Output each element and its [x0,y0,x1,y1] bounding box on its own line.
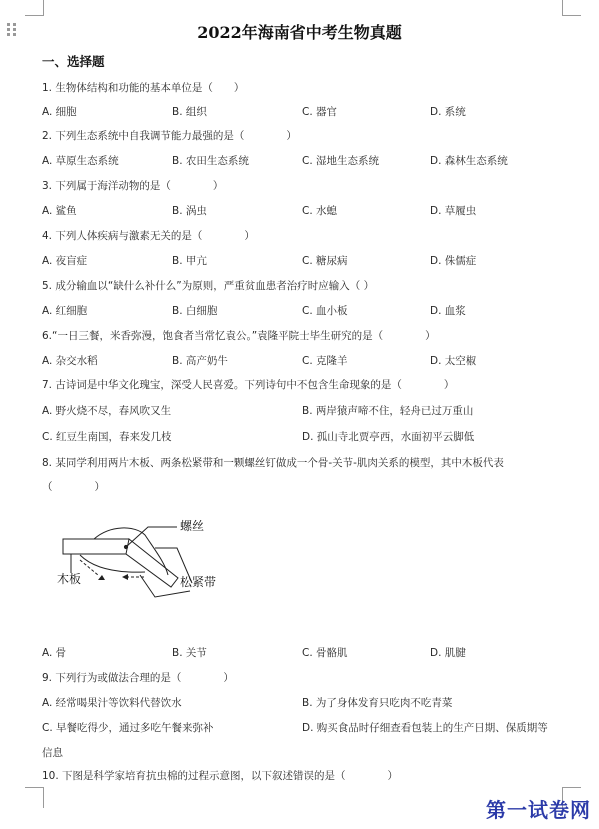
q7-option-d: D. 孤山寺北贾亭西，水面初平云脚低 [302,429,474,444]
question-8-stem-continued: （ ） [42,479,105,494]
q6-option-d: D. 太空椒 [430,353,476,368]
q4-option-a: A. 夜盲症 [42,253,87,268]
q9-option-c: C. 早餐吃得少，通过多吃午餐来弥补 [42,720,214,735]
label-elastic-band: 松紧带 [180,573,216,590]
q7-option-a: A. 野火烧不尽，春风吹又生 [42,403,171,418]
question-4-stem: 4. 下列人体疾病与激素无关的是（ ） [42,228,255,243]
question-1-stem: 1. 生物体结构和功能的基本单位是（ ） [42,80,244,95]
q1-option-c: C. 器官 [302,104,337,119]
q8-option-b: B. 关节 [172,645,207,660]
question-3-stem: 3. 下列属于海洋动物的是（ ） [42,178,223,193]
page-corner-mark-top-right [562,0,581,16]
q9-option-d: D. 购买食品时仔细查看包装上的生产日期、保质期等 [302,720,548,735]
question-9-stem: 9. 下列行为或做法合理的是（ ） [42,670,234,685]
q1-option-a: A. 细胞 [42,104,77,119]
question-7-stem: 7. 古诗词是中华文化瑰宝，深受人民喜爱。下列诗句中不包含生命现象的是（ ） [42,377,454,392]
q9-option-d-continued: 信息 [42,745,63,760]
q3-option-c: C. 水螅 [302,203,337,218]
section-heading: 一、选择题 [42,52,105,70]
q2-option-c: C. 湿地生态系统 [302,153,379,168]
q5-option-c: C. 血小板 [302,303,348,318]
q4-option-c: C. 糖尿病 [302,253,348,268]
q7-option-b: B. 两岸猿声啼不住，轻舟已过万重山 [302,403,473,418]
q8-option-a: A. 骨 [42,645,66,660]
q6-option-b: B. 高产奶牛 [172,353,228,368]
q3-option-d: D. 草履虫 [430,203,476,218]
q9-option-b: B. 为了身体发育只吃肉不吃青菜 [302,695,452,710]
page-corner-mark-top-left [25,0,44,16]
q1-option-d: D. 系统 [430,104,466,119]
q1-option-b: B. 组织 [172,104,207,119]
q5-option-d: D. 血浆 [430,303,466,318]
page-title: 2022年海南省中考生物真题 [0,20,599,43]
q6-option-c: C. 克隆羊 [302,353,348,368]
bone-joint-muscle-model-diagram: 螺丝 木板 松紧带 [40,505,240,610]
q8-option-d: D. 肌腱 [430,645,466,660]
q2-option-b: B. 农田生态系统 [172,153,249,168]
q4-option-d: D. 侏儒症 [430,253,476,268]
question-8-stem: 8. 某同学利用两片木板、两条松紧带和一颗螺丝钉做成一个骨-关节-肌肉关系的模型… [42,455,504,470]
q9-option-a: A. 经常喝果汁等饮料代替饮水 [42,695,182,710]
q5-option-b: B. 白细胞 [172,303,217,318]
q4-option-b: B. 甲亢 [172,253,207,268]
question-2-stem: 2. 下列生态系统中自我调节能力最强的是（ ） [42,128,297,143]
q8-option-c: C. 骨骼肌 [302,645,348,660]
q7-option-c: C. 红豆生南国，春来发几枝 [42,429,172,444]
page-corner-mark-bottom-left [25,787,44,808]
q2-option-a: A. 草原生态系统 [42,153,119,168]
question-10-stem: 10. 下图是科学家培育抗虫棉的过程示意图，以下叙述错误的是（ ） [42,768,398,783]
site-watermark: 第一试卷网 [486,794,591,823]
q6-option-a: A. 杂交水稻 [42,353,98,368]
question-6-stem: 6.“一日三餐，米香弥漫，饱食者当常忆袁公。”袁隆平院士毕生研究的是（ ） [42,328,436,343]
label-board: 木板 [57,570,81,587]
label-screw: 螺丝 [180,517,204,534]
q2-option-d: D. 森林生态系统 [430,153,508,168]
question-5-stem: 5. 成分输血以“缺什么补什么”为原则，严重贫血患者治疗时应输入（ ） [42,278,374,293]
q3-option-a: A. 鲨鱼 [42,203,77,218]
q5-option-a: A. 红细胞 [42,303,87,318]
q3-option-b: B. 涡虫 [172,203,207,218]
